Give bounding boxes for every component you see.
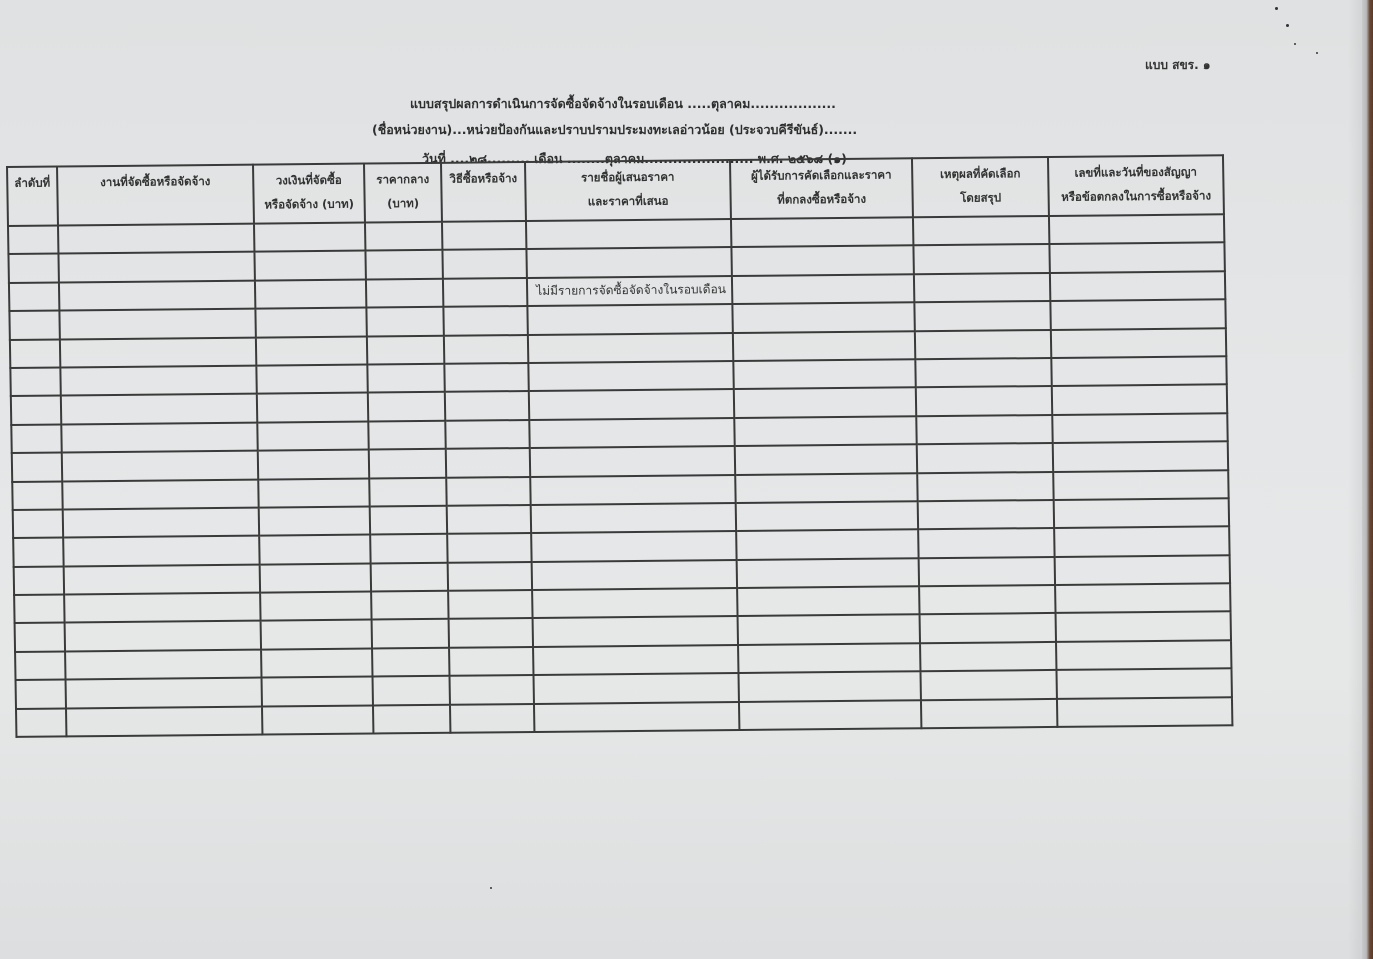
table-cell	[733, 331, 915, 361]
table-cell	[738, 643, 920, 673]
table-cell	[450, 704, 534, 733]
header-label: เลขที่และวันที่ของสัญญา	[1049, 159, 1222, 185]
table-cell	[529, 389, 734, 419]
table-cell	[59, 309, 255, 339]
header-label: วงเงินที่จัดซื้อ	[254, 168, 363, 193]
paper-speck	[1286, 24, 1289, 27]
table-cell	[11, 424, 61, 453]
table-cell	[8, 254, 58, 283]
table-cell	[60, 337, 256, 367]
table-cell	[531, 503, 736, 533]
paper-speck	[1294, 43, 1296, 45]
table-cell	[65, 649, 261, 679]
table-cell	[913, 216, 1049, 246]
table-cell	[1056, 612, 1231, 642]
desk-edge	[1362, 0, 1373, 959]
paper-page: แบบ สขร. ๑ แบบสรุปผลการดำเนินการจัดซื้อจ…	[0, 0, 1362, 959]
table-cell	[1053, 470, 1228, 500]
no-procurement-note: ไม่มีรายการจัดซื้อจัดจ้างในรอบเดือน	[527, 276, 732, 306]
table-cell	[13, 509, 63, 538]
table-cell	[450, 675, 534, 704]
table-cell	[528, 361, 733, 391]
table-cell	[369, 477, 446, 506]
table-cell	[371, 591, 448, 620]
table-cell	[365, 250, 442, 279]
header-work-item: งานที่จัดซื้อหรือจัดจ้าง	[57, 165, 254, 226]
table-cell	[9, 311, 59, 340]
table-cell	[444, 363, 528, 392]
table-cell	[58, 224, 254, 254]
table-cell	[370, 506, 447, 535]
table-cell	[8, 226, 58, 255]
header-label: ราคากลาง	[365, 167, 440, 192]
table-cell	[254, 251, 365, 280]
header-label: (บาท)	[365, 191, 440, 216]
table-cell	[65, 621, 261, 651]
table-cell	[526, 247, 731, 277]
table-cell	[919, 585, 1055, 615]
table-cell	[10, 367, 60, 396]
header-selected-vendor: ผู้ได้รับการคัดเลือกและราคาที่ตกลงซื้อหร…	[730, 158, 913, 219]
table-cell	[735, 473, 917, 503]
table-cell	[442, 249, 526, 278]
table-cell	[61, 394, 257, 424]
header-label: เหตุผลที่คัดเลือก	[913, 161, 1047, 186]
table-cell	[738, 615, 920, 645]
table-cell	[528, 333, 733, 363]
table-cell	[1055, 555, 1230, 585]
table-cell	[533, 616, 738, 646]
table-body: ไม่มีรายการจัดซื้อจัดจ้างในรอบเดือน	[8, 214, 1232, 737]
table-cell	[62, 479, 258, 509]
table-cell	[1050, 299, 1225, 329]
paper-speck	[490, 887, 492, 889]
header-label: หรือจัดจ้าง (บาท)	[254, 192, 363, 217]
table-cell	[371, 562, 448, 591]
table-cell	[372, 619, 449, 648]
table-cell	[261, 620, 372, 649]
table-cell	[257, 421, 368, 450]
header-label: ผู้ได้รับการคัดเลือกและราคา	[731, 162, 911, 188]
table-cell	[917, 443, 1053, 473]
table-cell	[58, 252, 254, 282]
table-cell	[256, 336, 367, 365]
procurement-table-wrapper: ลำดับที่ งานที่จัดซื้อหรือจัดจ้าง วงเงิน…	[6, 154, 1233, 738]
paper-shadow	[1348, 0, 1362, 959]
table-cell	[732, 274, 914, 304]
header-contract-ref: เลขที่และวันที่ของสัญญาหรือข้อตกลงในการซ…	[1048, 155, 1224, 216]
table-cell	[446, 476, 530, 505]
table-cell	[15, 651, 65, 680]
table-cell	[918, 528, 1054, 558]
table-cell	[920, 642, 1056, 672]
table-cell	[914, 301, 1050, 331]
table-cell	[915, 358, 1051, 388]
table-cell	[443, 306, 527, 335]
table-cell	[916, 386, 1052, 416]
report-title: แบบสรุปผลการดำเนินการจัดซื้อจัดจ้างในรอบ…	[410, 94, 836, 114]
table-cell	[14, 595, 64, 624]
table-cell	[365, 222, 442, 251]
table-cell	[738, 671, 920, 701]
header-method: วิธีซื้อหรือจ้าง	[441, 162, 526, 222]
table-cell	[1052, 413, 1227, 443]
table-cell	[60, 366, 256, 396]
table-cell	[260, 563, 371, 592]
table-cell	[1054, 527, 1229, 557]
table-cell	[367, 335, 444, 364]
table-cell	[534, 673, 739, 703]
table-cell	[915, 330, 1051, 360]
table-cell	[534, 702, 739, 732]
header-label: โดยสรุป	[913, 185, 1047, 210]
table-cell	[1056, 669, 1231, 699]
table-cell	[734, 416, 916, 446]
table-cell	[526, 219, 731, 249]
table-cell	[1049, 243, 1224, 273]
table-cell	[259, 506, 370, 535]
procurement-table: ลำดับที่ งานที่จัดซื้อหรือจัดจ้าง วงเงิน…	[6, 154, 1233, 738]
table-cell	[736, 530, 918, 560]
table-cell	[13, 538, 63, 567]
table-cell	[11, 396, 61, 425]
table-cell	[916, 415, 1052, 445]
table-cell	[446, 448, 530, 477]
header-selection-reason: เหตุผลที่คัดเลือกโดยสรุป	[912, 157, 1049, 217]
table-cell	[9, 282, 59, 311]
table-cell	[1054, 498, 1229, 528]
table-cell	[15, 623, 65, 652]
table-cell	[64, 593, 260, 623]
table-cell	[737, 558, 919, 588]
table-cell	[373, 704, 450, 733]
table-cell	[449, 647, 533, 676]
header-budget: วงเงินที่จัดซื้อหรือจัดจ้าง (บาท)	[253, 164, 365, 224]
table-cell	[448, 562, 532, 591]
table-cell	[258, 478, 369, 507]
table-cell	[63, 507, 259, 537]
table-cell	[447, 533, 531, 562]
header-order-no: ลำดับที่	[7, 167, 58, 226]
table-cell	[257, 393, 368, 422]
table-cell	[260, 592, 371, 621]
table-cell	[445, 420, 529, 449]
paper-speck	[1275, 7, 1278, 10]
table-cell	[10, 339, 60, 368]
table-cell	[918, 500, 1054, 530]
table-cell	[442, 221, 526, 250]
table-cell	[369, 449, 446, 478]
table-cell	[12, 453, 62, 482]
table-cell	[63, 536, 259, 566]
table-cell	[737, 586, 919, 616]
header-label: ที่ตกลงซื้อหรือจ้าง	[731, 186, 911, 212]
table-cell	[734, 388, 916, 418]
table-cell	[254, 223, 365, 252]
header-label: รายชื่อผู้เสนอราคา	[526, 164, 729, 190]
header-label: และราคาที่เสนอ	[526, 188, 729, 214]
table-cell	[735, 444, 917, 474]
table-cell	[914, 273, 1050, 303]
table-cell	[14, 566, 64, 595]
table-cell	[1055, 583, 1230, 613]
table-cell	[731, 246, 913, 276]
table-cell	[255, 308, 366, 337]
table-cell	[1052, 385, 1227, 415]
table-cell	[533, 645, 738, 675]
table-cell	[449, 618, 533, 647]
table-cell	[372, 648, 449, 677]
table-cell	[1057, 697, 1232, 727]
table-cell	[368, 421, 445, 450]
table-cell	[445, 391, 529, 420]
table-cell	[530, 446, 735, 476]
table-cell	[366, 279, 443, 308]
table-cell	[733, 359, 915, 389]
table-cell	[16, 708, 66, 737]
table-cell	[255, 279, 366, 308]
table-cell	[259, 535, 370, 564]
table-cell	[370, 534, 447, 563]
table-cell	[732, 302, 914, 332]
table-cell	[736, 501, 918, 531]
table-cell	[366, 307, 443, 336]
table-cell	[261, 648, 372, 677]
table-cell	[920, 670, 1056, 700]
table-cell	[917, 471, 1053, 501]
table-cell	[531, 531, 736, 561]
table-cell	[64, 564, 260, 594]
table-cell	[913, 244, 1049, 274]
table-cell	[532, 588, 737, 618]
table-cell	[373, 676, 450, 705]
table-cell	[920, 613, 1056, 643]
table-cell	[16, 680, 66, 709]
table-cell	[1050, 271, 1225, 301]
table-cell	[66, 706, 262, 736]
table-cell	[1053, 441, 1228, 471]
paper-speck	[1316, 52, 1318, 54]
table-cell	[61, 422, 257, 452]
header-label: งานที่จัดซื้อหรือจัดจ้าง	[58, 169, 252, 195]
table-cell	[919, 557, 1055, 587]
table-cell	[530, 475, 735, 505]
header-bidders: รายชื่อผู้เสนอราคาและราคาที่เสนอ	[525, 160, 731, 221]
table-cell	[367, 364, 444, 393]
agency-name: (ชื่อหน่วยงาน)...หน่วยป้องกันและปราบปราม…	[372, 120, 857, 140]
table-cell	[1056, 640, 1231, 670]
table-cell	[368, 392, 445, 421]
table-cell	[443, 278, 527, 307]
table-cell	[739, 700, 921, 730]
table-cell	[731, 217, 913, 247]
table-cell	[532, 560, 737, 590]
table-cell	[1051, 356, 1226, 386]
table-cell	[262, 705, 373, 734]
form-code: แบบ สขร. ๑	[1145, 56, 1210, 75]
table-cell	[262, 677, 373, 706]
header-reference-price: ราคากลาง(บาท)	[364, 163, 442, 223]
table-cell	[529, 418, 734, 448]
table-cell	[448, 590, 532, 619]
table-cell	[256, 364, 367, 393]
header-label: วิธีซื้อหรือจ้าง	[442, 166, 524, 191]
table-cell	[1049, 214, 1224, 244]
table-cell	[258, 450, 369, 479]
table-cell	[527, 304, 732, 334]
table-cell	[921, 699, 1057, 729]
header-label: ลำดับที่	[8, 171, 56, 195]
table-cell	[12, 481, 62, 510]
table-cell	[59, 280, 255, 310]
table-cell	[444, 335, 528, 364]
header-label: หรือข้อตกลงในการซื้อหรือจ้าง	[1049, 183, 1222, 209]
table-cell	[447, 505, 531, 534]
table-cell	[66, 678, 262, 708]
table-cell	[1051, 328, 1226, 358]
table-cell	[62, 451, 258, 481]
